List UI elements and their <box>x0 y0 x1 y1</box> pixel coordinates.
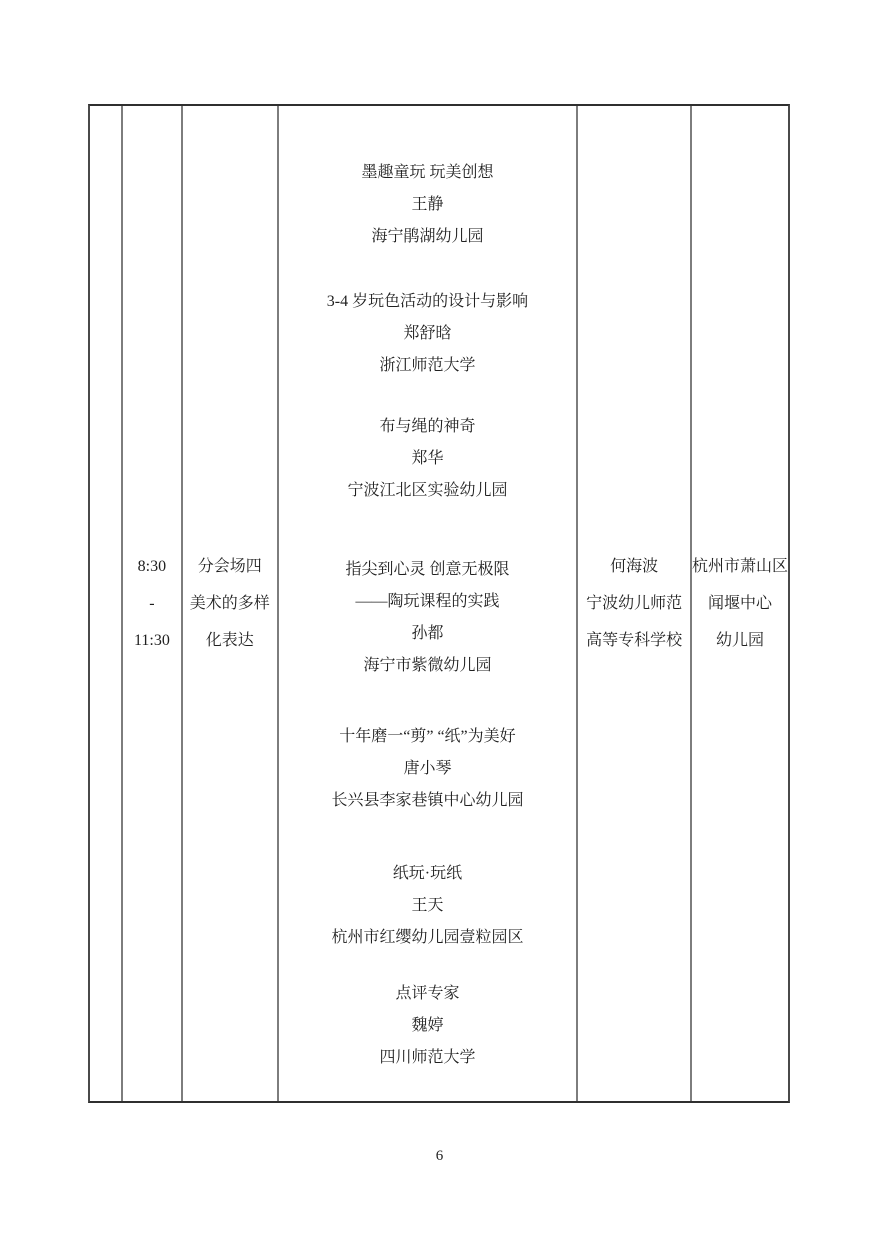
presentation-title: 墨趣童玩 玩美创想 <box>279 157 576 189</box>
col-session: 分会场四 美术的多样 化表达 <box>183 106 279 1101</box>
time-end: 11:30 <box>123 622 181 659</box>
col-venue: 杭州市萧山区 闻堰中心 幼儿园 <box>692 106 788 1101</box>
col-time: 8:30 - 11:30 <box>123 106 183 1101</box>
expert-institution: 四川师范大学 <box>279 1042 576 1074</box>
document-page: 8:30 - 11:30 分会场四 美术的多样 化表达 墨趣童玩 玩美创想 王静… <box>0 0 879 1234</box>
presentation-title: 布与绳的神奇 <box>279 411 576 443</box>
presenter-institution: 浙江师范大学 <box>279 350 576 382</box>
presentation-block: 布与绳的神奇 郑华 宁波江北区实验幼儿园 <box>279 411 576 507</box>
venue-line: 杭州市萧山区 <box>692 548 788 585</box>
presenter-name: 王天 <box>279 890 576 922</box>
presentation-block: 3-4 岁玩色活动的设计与影响 郑舒晗 浙江师范大学 <box>279 286 576 382</box>
host-institution-line: 高等专科学校 <box>578 622 690 659</box>
presenter-institution: 杭州市红缨幼儿园壹粒园区 <box>279 922 576 954</box>
session-name-line: 化表达 <box>183 622 277 659</box>
presentation-block: 指尖到心灵 创意无极限 ——陶玩课程的实践 孙都 海宁市紫微幼儿园 <box>279 554 576 682</box>
presentation-block: 墨趣童玩 玩美创想 王静 海宁鹃湖幼儿园 <box>279 157 576 253</box>
presentation-title: 指尖到心灵 创意无极限 <box>279 554 576 586</box>
presenter-institution: 海宁市紫微幼儿园 <box>279 650 576 682</box>
presenter-name: 郑舒晗 <box>279 318 576 350</box>
col-empty-margin <box>90 106 123 1101</box>
presenter-name: 孙都 <box>279 618 576 650</box>
presentation-block: 十年磨一“剪” “纸”为美好 唐小琴 长兴县李家巷镇中心幼儿园 <box>279 721 576 817</box>
presentation-block: 纸玩·玩纸 王天 杭州市红缨幼儿园壹粒园区 <box>279 858 576 954</box>
time-start: 8:30 <box>123 548 181 585</box>
presenter-name: 郑华 <box>279 443 576 475</box>
presenter-institution: 海宁鹃湖幼儿园 <box>279 221 576 253</box>
host-name: 何海波 <box>578 548 690 585</box>
expert-review-block: 点评专家 魏婷 四川师范大学 <box>279 978 576 1074</box>
schedule-table: 8:30 - 11:30 分会场四 美术的多样 化表达 墨趣童玩 玩美创想 王静… <box>88 104 790 1103</box>
time-separator: - <box>123 585 181 622</box>
presenter-institution: 宁波江北区实验幼儿园 <box>279 475 576 507</box>
host-institution-line: 宁波幼儿师范 <box>578 585 690 622</box>
col-presentations: 墨趣童玩 玩美创想 王静 海宁鹃湖幼儿园 3-4 岁玩色活动的设计与影响 郑舒晗… <box>279 106 578 1101</box>
venue-line: 幼儿园 <box>692 622 788 659</box>
expert-name: 魏婷 <box>279 1010 576 1042</box>
session-name-line: 美术的多样 <box>183 585 277 622</box>
page-number: 6 <box>0 1146 879 1166</box>
expert-section-label: 点评专家 <box>279 978 576 1010</box>
presenter-institution: 长兴县李家巷镇中心幼儿园 <box>279 785 576 817</box>
venue-line: 闻堰中心 <box>692 585 788 622</box>
presentation-title: 3-4 岁玩色活动的设计与影响 <box>279 286 576 318</box>
presentation-subtitle: ——陶玩课程的实践 <box>279 586 576 618</box>
session-name-line: 分会场四 <box>183 548 277 585</box>
presentation-title: 十年磨一“剪” “纸”为美好 <box>279 721 576 753</box>
presentation-title: 纸玩·玩纸 <box>279 858 576 890</box>
presenter-name: 王静 <box>279 189 576 221</box>
presenter-name: 唐小琴 <box>279 753 576 785</box>
col-host: 何海波 宁波幼儿师范 高等专科学校 <box>578 106 692 1101</box>
